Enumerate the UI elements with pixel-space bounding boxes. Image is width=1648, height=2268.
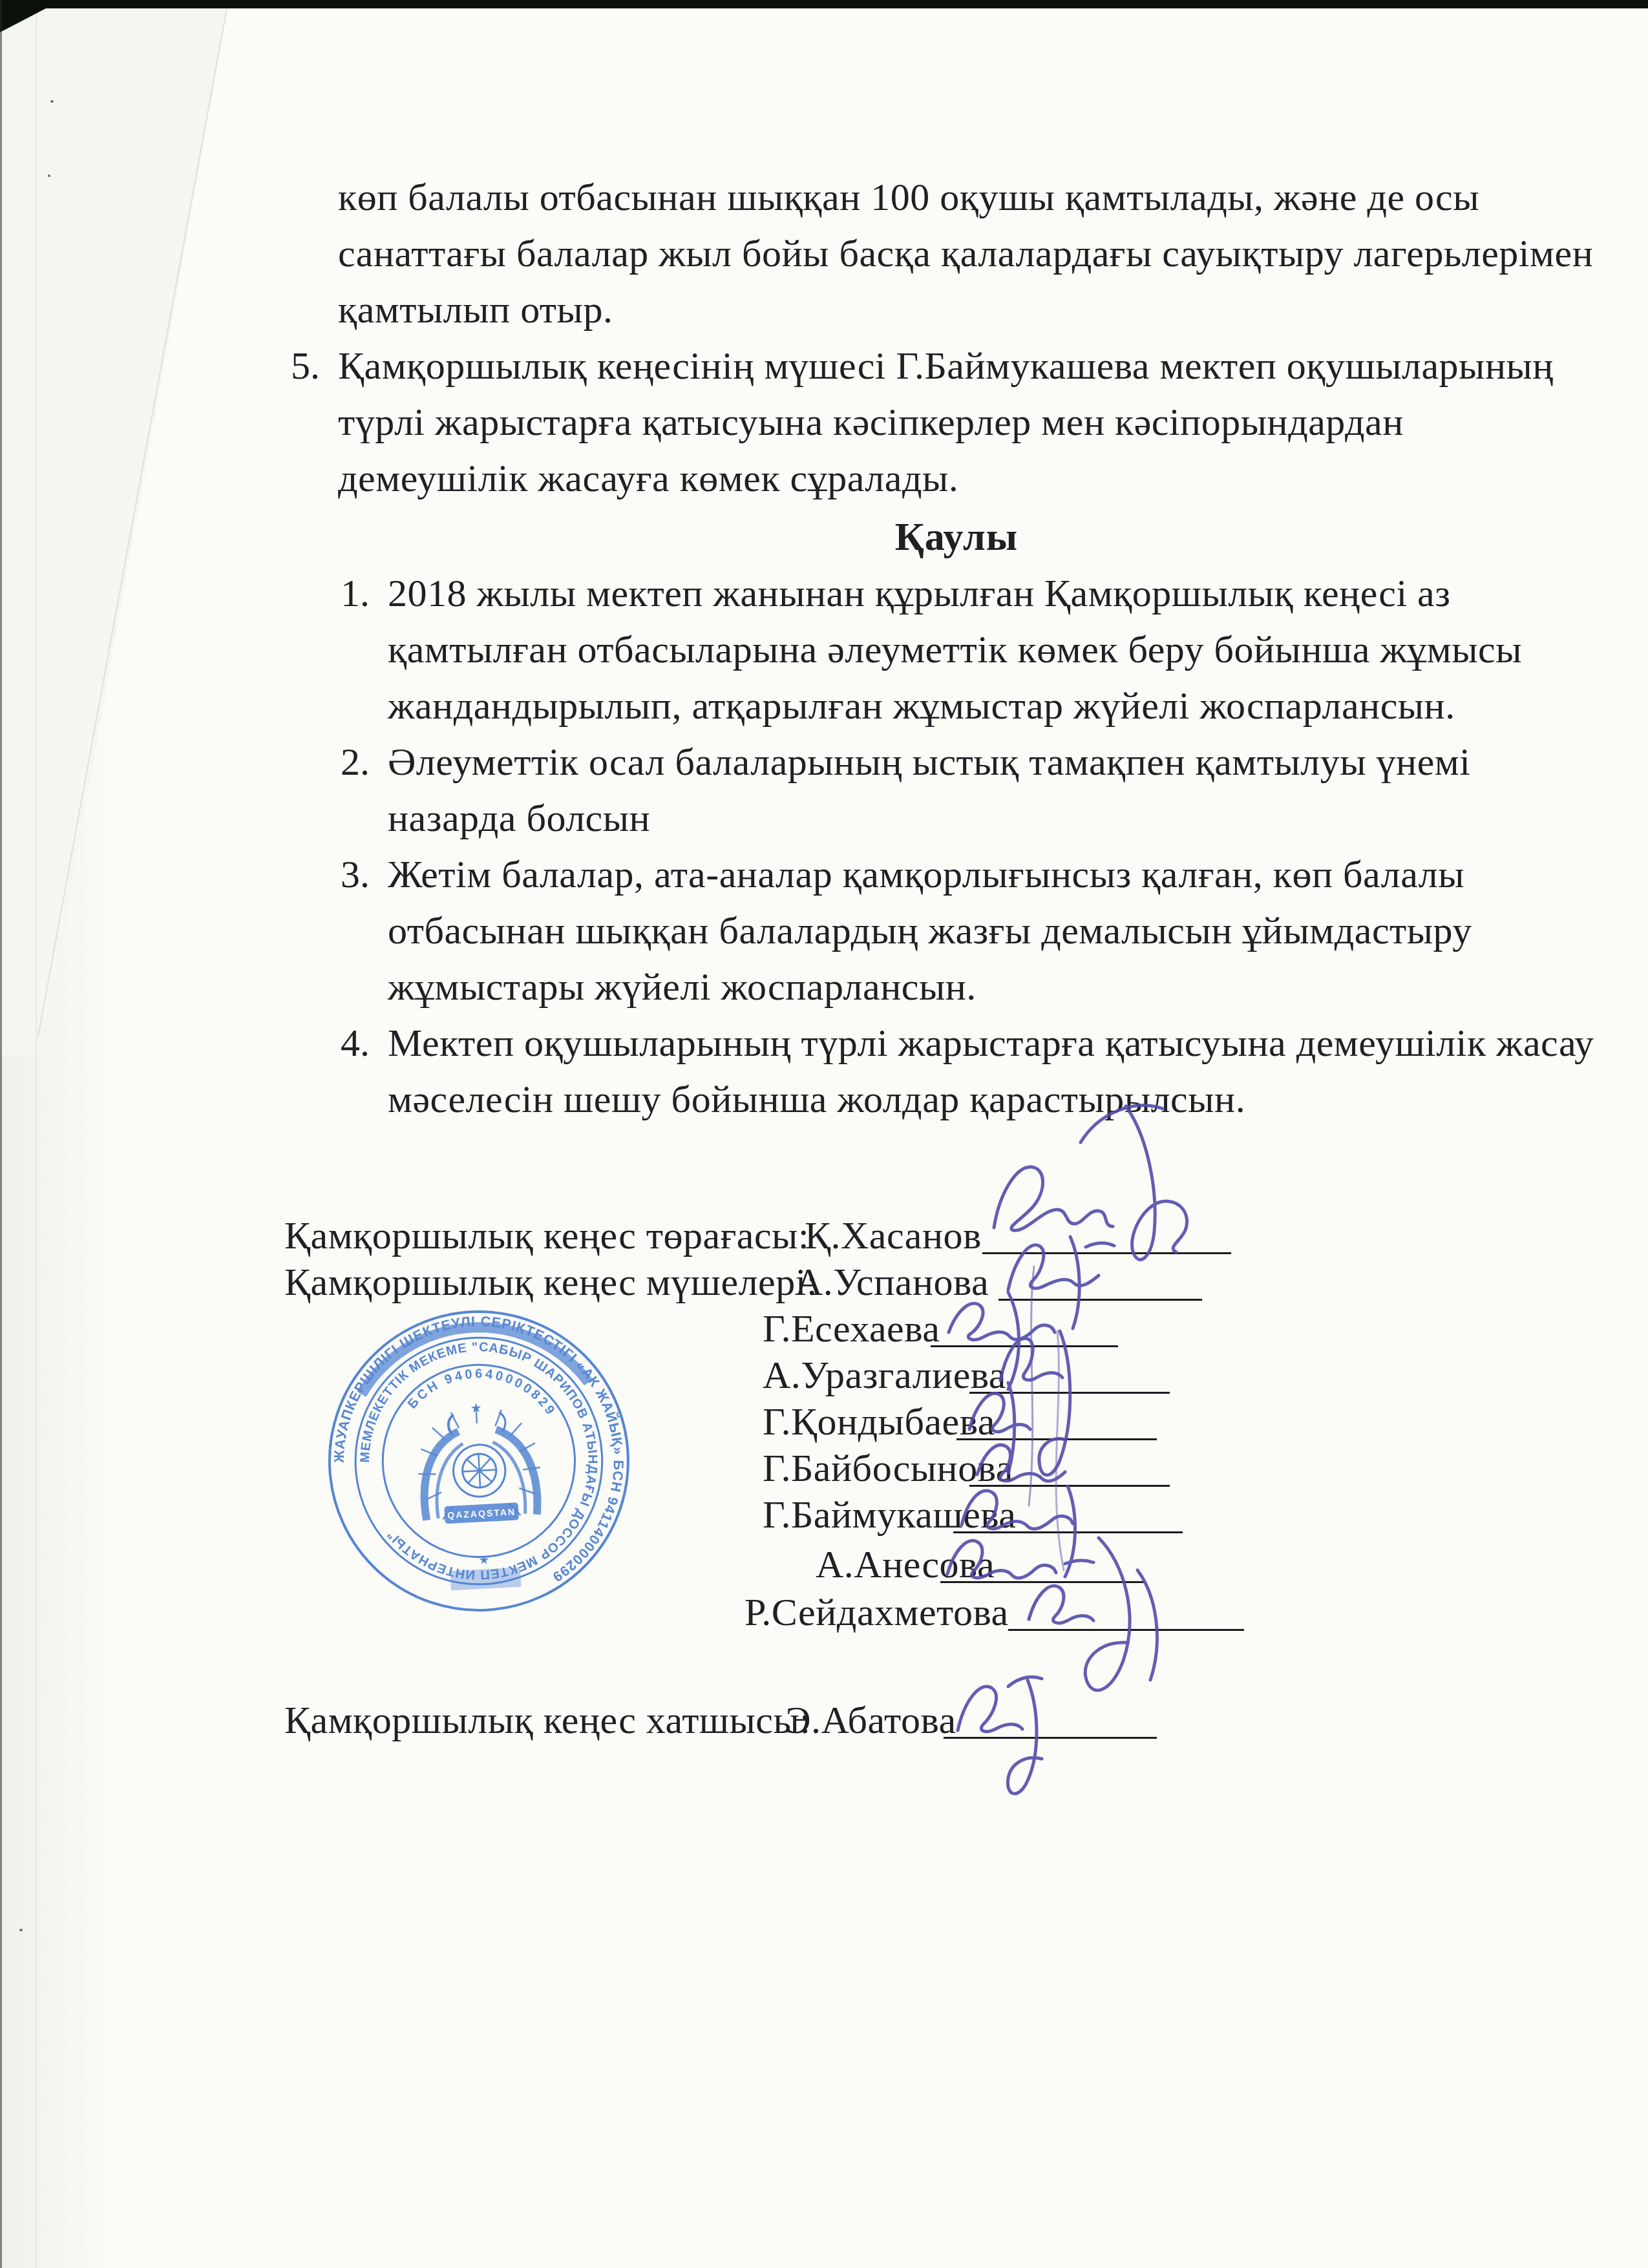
signature-line: [982, 1252, 1231, 1254]
signature-uspanova: [1008, 1237, 1114, 1328]
signature-line: [969, 1485, 1170, 1487]
list-item-number: 4.: [341, 1015, 370, 1071]
signature-khasanov: [994, 1106, 1187, 1260]
body-line: отбасынан шыққан балалардың жазғы демалы…: [388, 903, 1472, 959]
ink-drag-stroke: [1029, 1266, 1034, 1506]
list-item-number: 1.: [341, 565, 370, 622]
body-line: жұмыстары жүйелі жоспарлансын.: [388, 959, 977, 1015]
secretary-label: Қамқоршылық кеңес хатшысы:: [284, 1694, 810, 1746]
member-name: Р.Сейдахметова: [745, 1586, 1009, 1638]
signature-line: [940, 1581, 1144, 1583]
body-line: көп балалы отбасынан шыққан 100 оқушы қа…: [338, 169, 1479, 226]
signature-line: [953, 1531, 1183, 1533]
state-emblem-icon: [415, 1403, 543, 1520]
signature-line: [944, 1737, 1157, 1739]
stamp-worn-mark: [450, 1568, 522, 1591]
list-item-number: 3.: [341, 846, 370, 903]
chairman-name: Қ.Хасанов: [805, 1210, 982, 1261]
signature-line: [1008, 1629, 1244, 1631]
body-line: санаттағы балалар жыл бойы басқа қалалар…: [338, 226, 1593, 282]
signature-line: [956, 1438, 1157, 1440]
body-line: Әлеуметтік осал балаларының ыстық тамақп…: [388, 734, 1470, 790]
svg-text:БСН 940640000829: БСН 940640000829: [403, 1363, 559, 1427]
emblem-star-icon: ★: [470, 1401, 482, 1416]
dust-speck: [19, 1929, 23, 1931]
body-line: назарда болсын: [388, 790, 650, 846]
scanned-document-page: көп балалы отбасынан шыққан 100 оқушы қа…: [0, 0, 1648, 2268]
stamp-bin-text: БСН 940640000829: [403, 1363, 559, 1427]
vertical-crease-line: [36, 0, 37, 2268]
body-line: Қамқоршылық кеңесінің мүшесі Г.Баймукаше…: [338, 338, 1554, 394]
signature-line: [969, 1392, 1170, 1394]
members-label: Қамқоршылық кеңес мүшелері:: [284, 1256, 818, 1308]
dust-speck: [48, 174, 50, 177]
signature-line: [998, 1299, 1202, 1301]
list-item-number: 5.: [291, 338, 320, 394]
decree-heading: Қаулы: [336, 509, 1577, 565]
member-name: Г.Есехаева: [763, 1303, 940, 1354]
member-name: А.Успанова: [795, 1256, 989, 1308]
ink-drag-stroke: [1056, 1331, 1064, 1570]
secretary-name: Э.Абатова: [785, 1694, 956, 1746]
scan-top-edge: [0, 0, 1648, 8]
page-corner-fold: [0, 8, 227, 1055]
list-item-number: 2.: [341, 734, 370, 790]
chairman-label: Қамқоршылық кеңес төрағасы:: [284, 1210, 809, 1261]
body-line: жандандырылып, атқарылған жұмыстар жүйел…: [388, 678, 1455, 734]
stamp-bottom-star-icon: ★: [478, 1553, 490, 1568]
signature-seidakhmetova: [1029, 1538, 1157, 1690]
body-line: демеушілік жасауға көмек сұралады.: [338, 450, 958, 507]
body-line: Мектеп оқушыларының түрлі жарыстарға қат…: [388, 1015, 1594, 1071]
signature-abatova: [958, 1677, 1042, 1794]
body-line: қамтылған отбасыларына әлеуметтік көмек …: [388, 622, 1522, 678]
official-stamp: ЖАУАПКЕРШІЛІГІ ШЕКТЕУЛІ СЕРІКТЕСТІГІ «АК…: [319, 1302, 639, 1622]
dust-speck: [50, 100, 54, 103]
scan-left-edge: [0, 0, 2, 2268]
body-line: Жетім балалар, ата-аналар қамқорлығынсыз…: [388, 846, 1464, 903]
body-line: мәселесін шешу бойынша жолдар қарастырыл…: [388, 1071, 1245, 1128]
body-line: түрлі жарыстарға қатысуына кәсіпкерлер м…: [338, 394, 1404, 450]
signature-line: [931, 1345, 1118, 1347]
body-line: 2018 жылы мектеп жанынан құрылған Қамқор…: [388, 565, 1450, 622]
body-line: қамтылып отыр.: [338, 282, 613, 338]
